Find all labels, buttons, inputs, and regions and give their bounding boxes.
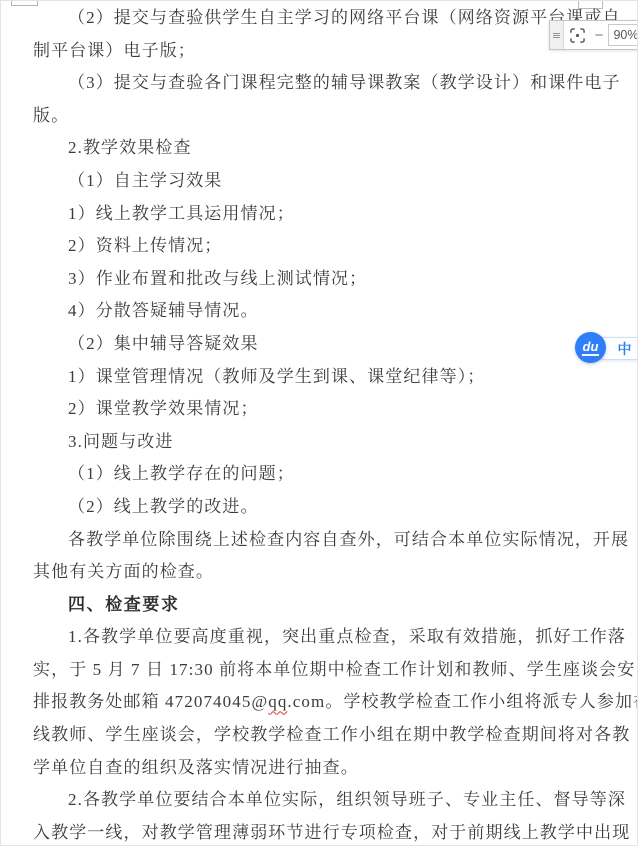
doc-line: 1）课堂管理情况（教师及学生到课、课堂纪律等）； <box>33 361 615 394</box>
doc-line: （3）提交与查验各门课程完整的辅导课教案（教学设计）和课件电子 <box>33 67 615 100</box>
zoom-out-button[interactable]: − <box>591 21 607 49</box>
baidu-du-logo: du <box>582 340 600 356</box>
language-label: 中 <box>618 342 632 356</box>
zoom-toolbar[interactable]: ≡ − 90% <box>549 20 638 50</box>
doc-line: 1）线上教学工具运用情况； <box>33 198 615 231</box>
doc-line: 学单位自查的组织及落实情况进行抽查。 <box>33 752 615 785</box>
doc-line: （2）提交与查验供学生自主学习的网络平台课（网络资源平台课或自 <box>33 2 615 35</box>
doc-line: （2）集中辅导答疑效果 <box>33 328 615 361</box>
doc-line: 其他有关方面的检查。 <box>33 556 615 589</box>
baidu-translate-icon[interactable]: du <box>575 332 606 363</box>
document-page: （2）提交与查验供学生自主学习的网络平台课（网络资源平台课或自 制平台课）电子版… <box>0 0 638 846</box>
document-body: （2）提交与查验供学生自主学习的网络平台课（网络资源平台课或自 制平台课）电子版… <box>33 2 615 846</box>
doc-line: 实，于 5 月 7 日 17:30 前将本单位期中检查工作计划和教师、学生座谈会… <box>33 654 615 687</box>
doc-line: 1.各教学单位要高度重视，突出重点检查，采取有效措施，抓好工作落 <box>33 621 615 654</box>
doc-line: 线教师、学生座谈会，学校教学检查工作小组在期中教学检查期间将对各教 <box>33 719 615 752</box>
fit-to-screen-button[interactable] <box>564 21 591 49</box>
email-line-pre: 排报教务处邮箱 472074045@ <box>33 692 268 711</box>
doc-line: 3.问题与改进 <box>33 426 615 459</box>
doc-line: （2）线上教学的改进。 <box>33 491 615 524</box>
section-heading-line: 四、检查要求 <box>33 589 615 622</box>
menu-icon: ≡ <box>552 29 561 42</box>
toolbar-drag-handle[interactable]: ≡ <box>550 21 564 49</box>
doc-line: 版。 <box>33 100 615 133</box>
doc-line: （1）线上教学存在的问题； <box>33 458 615 491</box>
doc-line: 2）课堂教学效果情况； <box>33 393 615 426</box>
doc-line: 制平台课）电子版； <box>33 35 615 68</box>
doc-line: 入教学一线，对教学管理薄弱环节进行专项检查，对于前期线上教学中出现 <box>33 817 615 846</box>
fit-to-screen-icon <box>570 28 585 43</box>
doc-line: 3）作业布置和批改与线上测试情况； <box>33 263 615 296</box>
doc-line: 4）分散答疑辅导情况。 <box>33 295 615 328</box>
baidu-translate-widget[interactable]: 中 du <box>575 332 637 365</box>
doc-line: 2）资料上传情况； <box>33 230 615 263</box>
doc-line: （1）自主学习效果 <box>33 165 615 198</box>
doc-line: 2.教学效果检查 <box>33 132 615 165</box>
doc-line: 各教学单位除围绕上述检查内容自查外，可结合本单位实际情况，开展 <box>33 524 615 557</box>
email-line-post: .com。学校教学检查工作小组将派专人参加在 <box>287 692 638 711</box>
doc-line-email: 排报教务处邮箱 472074045@qq.com。学校教学检查工作小组将派专人参… <box>33 686 615 719</box>
spellcheck-flagged-text: qq <box>268 692 287 711</box>
zoom-level-display[interactable]: 90% <box>608 24 638 46</box>
doc-line: 2.各教学单位要结合本单位实际，组织领导班子、专业主任、督导等深 <box>33 784 615 817</box>
